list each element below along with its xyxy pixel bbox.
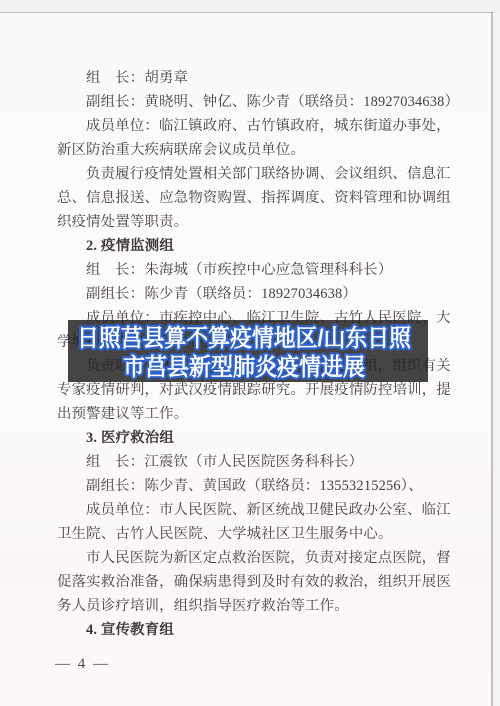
doc-line: 负责履行疫情处置相关部门联络协调、会议组织、信息汇 [57, 162, 437, 186]
headline-text-graphic: 日照莒县算不算疫情地区/山东日照 市莒县新型肺炎疫情进展 [68, 320, 428, 382]
doc-line: 织疫情处置等职责。 [57, 210, 437, 234]
doc-line: 促落实救治准备，确保病患得到及时有效的救治，组织开展医 [57, 570, 437, 594]
scanned-document-page: 组 长：胡勇章副组长：黄晓明、钟亿、陈少青（联络员：18927034638）成员… [0, 0, 500, 706]
doc-line: 市人民医院为新区定点救治医院，负责对接定点医院，督 [57, 546, 437, 570]
doc-line: 2. 疫情监测组 [57, 234, 437, 258]
scan-right-margin [493, 12, 500, 706]
doc-line: 副组长：陈少青（联络员：18927034638） [57, 282, 437, 306]
doc-line: 成员单位：市人民医院、新区统战卫健民政办公室、临江 [57, 498, 437, 522]
doc-line: 务人员诊疗培训，组织指导医疗救治等工作。 [57, 594, 437, 618]
doc-line: 出预警建议等工作。 [57, 402, 437, 426]
doc-line: 总、信息报送、应急物资购置、指挥调度、资料管理和协调组 [57, 186, 437, 210]
doc-line: 组 长：胡勇章 [57, 66, 437, 90]
headline-line-1: 日照莒县算不算疫情地区/山东日照 [77, 324, 412, 352]
doc-line: 成员单位：临江镇政府、古竹镇政府，城东街道办事处， [57, 114, 437, 138]
doc-line: 组 长：江震钦（市人民医院医务科科长） [57, 450, 437, 474]
doc-line: 组 长：朱海城（市疾控中心应急管理科科长） [57, 258, 437, 282]
doc-line: 副组长：黄晓明、钟亿、陈少青（联络员：18927034638） [57, 90, 437, 114]
scan-top-edge [0, 0, 500, 13]
headline-line-2: 市莒县新型肺炎疫情进展 [123, 353, 365, 381]
doc-line: 3. 医疗救治组 [57, 426, 437, 450]
doc-line: 卫生院、古竹人民医院、大学城社区卫生服务中心。 [57, 522, 437, 546]
page-number: — 4 — [55, 656, 110, 673]
doc-line: 新区防治重大疾病联席会议成员单位。 [57, 138, 437, 162]
doc-line: 副组长：陈少青、黄国政（联络员：13553215256）、 [57, 474, 437, 498]
headline-overlay-banner: 日照莒县算不算疫情地区/山东日照 市莒县新型肺炎疫情进展 [68, 320, 428, 382]
doc-line: 4. 宣传教育组 [57, 618, 437, 642]
